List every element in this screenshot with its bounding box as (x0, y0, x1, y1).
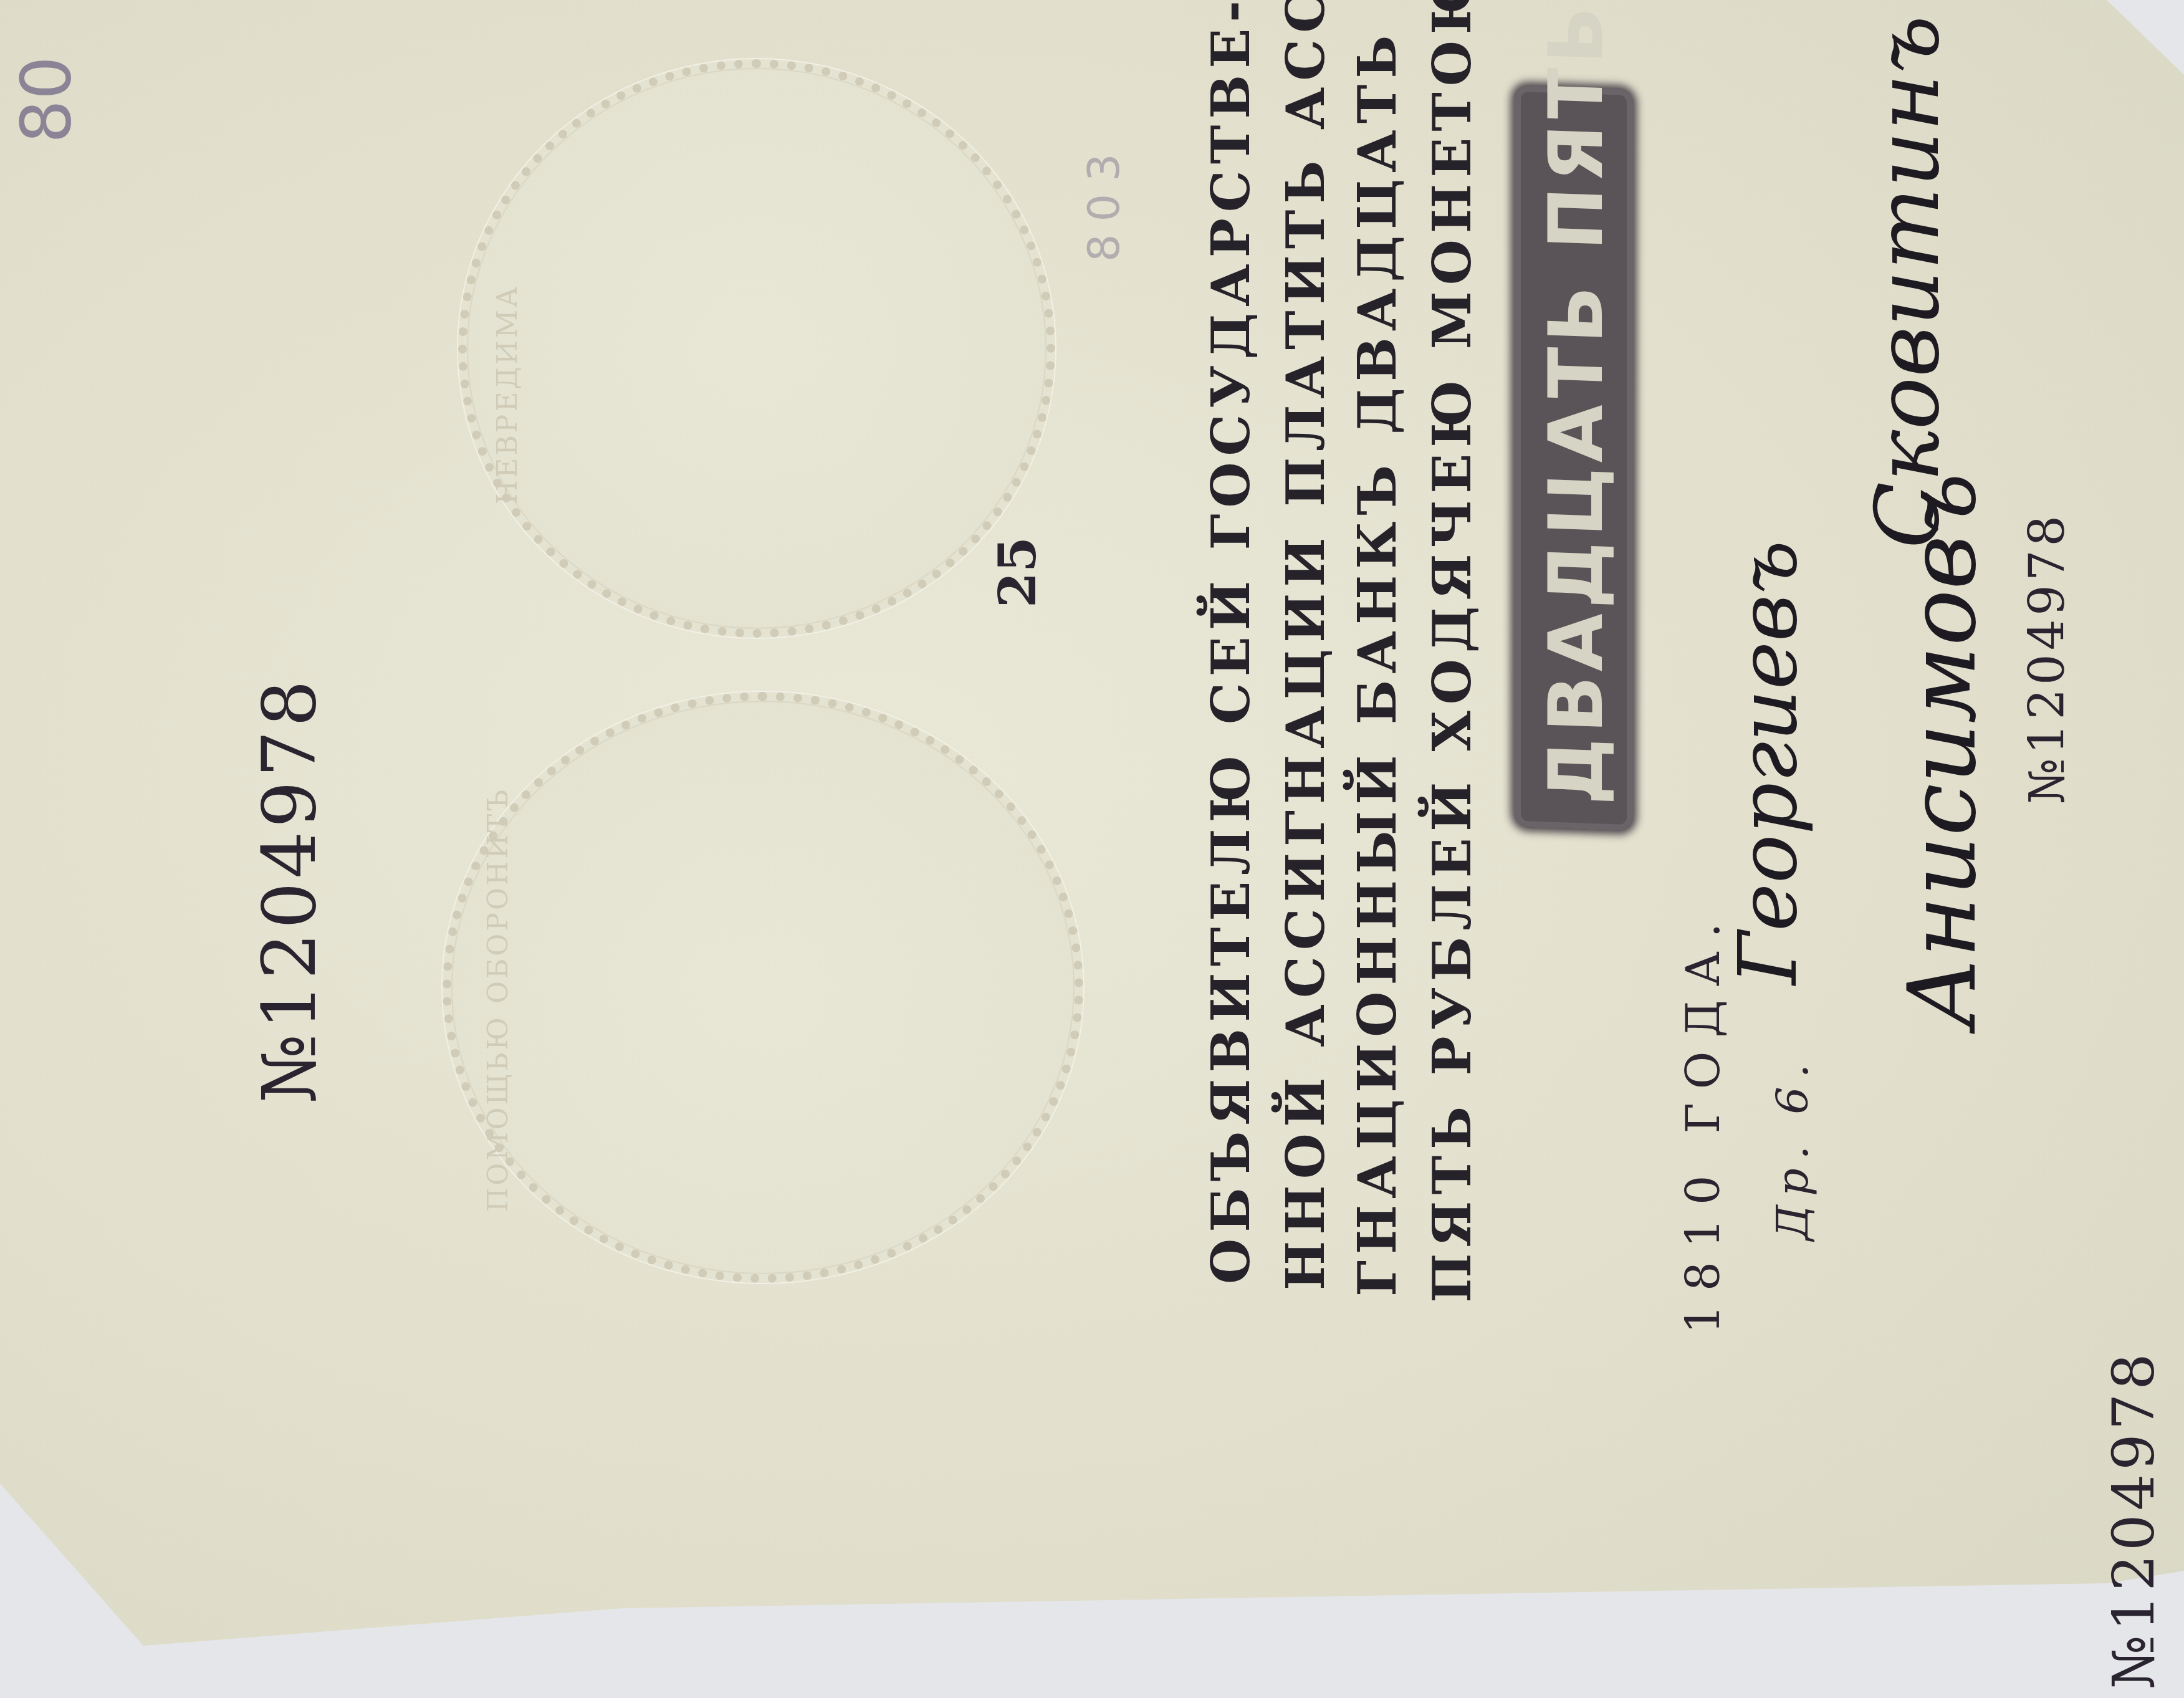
main-text-line-4: ПЯТЬ РУБЛЕЙ ХОДЯЧЕЮ МОНЕТОЮ (1421, 0, 1483, 1303)
serial-number-right: №1204978 (2019, 512, 2076, 804)
amount-stamp: ДВАДЦАТЬ ПЯТЬ (1515, 85, 1633, 832)
emboss-seal-top-text: НЕВРЕДИМА (492, 284, 524, 504)
serial-number-bottom: №1204978 (2100, 1350, 2167, 1689)
denomination-number: 25 (988, 537, 1048, 608)
emboss-seal-bottom: ПОМОЩЬЮ ОБОРОНИТЪ (443, 692, 1083, 1283)
main-text-line-3: ГНАЦИОННЫЙ БАНКЪ ДВАДЦАТЬ (1346, 29, 1408, 1297)
emboss-seal-bottom-text: ПОМОЩЬЮ ОБОРОНИТЪ (482, 787, 514, 1212)
emboss-seal-top: НЕВРЕДИМА (458, 59, 1055, 638)
amount-stamp-text: ДВАДЦАТЬ ПЯТЬ (1533, 0, 1620, 805)
signature-2: Анисимовъ (1889, 472, 1997, 1029)
pencil-mark-top-left: 80 (6, 56, 86, 143)
main-text-line-2: ННОЙ АССИГНАЦИИ ПЛАТИТЬ АССИ- (1275, 0, 1336, 1290)
sheet-mark: Др. 6. (1767, 1055, 1818, 1240)
serial-number-top: №1204978 (246, 676, 332, 1103)
signature-3: Сковитинъ (1857, 16, 1959, 549)
signature-1: Георгиевъ (1720, 540, 1815, 985)
pencil-mark-top: 803 (1078, 141, 1129, 262)
main-text-line-1: ОБЪЯВИТЕЛЮ СЕЙ ГОСУДАРСТВЕ- (1200, 0, 1262, 1284)
